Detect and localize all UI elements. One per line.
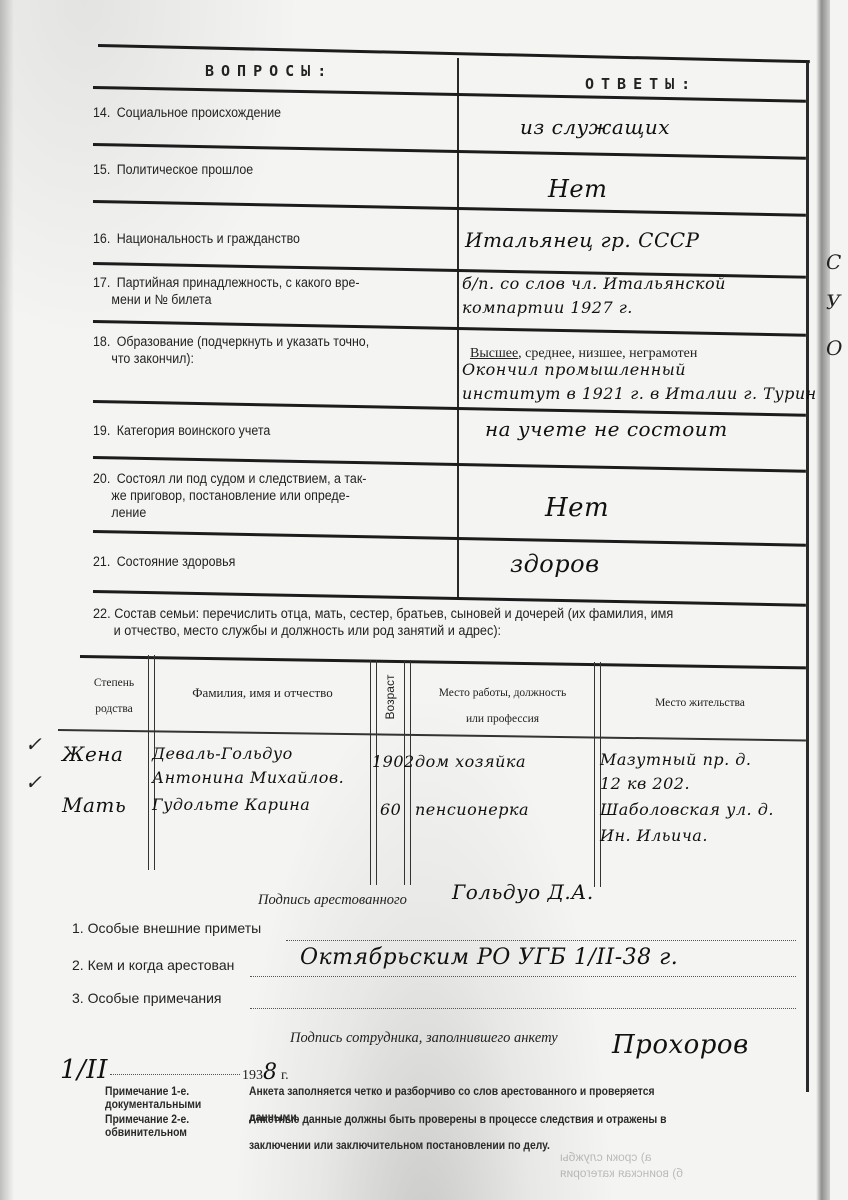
- col-header-age: Возраст: [383, 667, 397, 727]
- answer-17-line1: б/п. со слов чл. Итальянской: [462, 274, 726, 293]
- answer-19: на учете не состоит: [485, 417, 728, 441]
- question-21: 21. Состояние здоровья: [93, 553, 410, 570]
- extra-question-2: 2. Кем и когда арестован: [72, 957, 234, 973]
- officer-signature-label: Подпись сотрудника, заполнившего анкету: [290, 1030, 558, 1047]
- answer-16: Итальянец гр. СССР: [465, 228, 700, 252]
- margin-letter: У: [826, 290, 840, 314]
- answer-14: из служащих: [520, 115, 670, 139]
- page-right-edge: [816, 0, 830, 1200]
- family-row-1-name-2: Антонина Михайлов.: [152, 768, 344, 787]
- extra-question-3: 3. Особые примечания: [72, 990, 222, 1006]
- question-14: 14. Социальное происхождение: [93, 104, 410, 121]
- question-17: 17. Партийная принадлежность, с какого в…: [93, 274, 410, 308]
- col-header-work: Место работы, должность или профессия: [410, 680, 595, 732]
- officer-signature: Прохоров: [612, 1030, 749, 1060]
- family-row-2-work: пенсионерка: [415, 800, 529, 819]
- questions-header: ВОПРОСЫ:: [205, 62, 333, 80]
- bleed-through-text: а) сроки службы: [560, 1150, 651, 1164]
- top-border-line: [98, 44, 810, 63]
- question-19: 19. Категория воинского учета: [93, 422, 410, 439]
- family-row-1-relation: Жена: [62, 742, 123, 766]
- education-selected: Высшее: [470, 346, 518, 361]
- row-divider: [93, 200, 806, 217]
- question-15: 15. Политическое прошлое: [93, 161, 410, 178]
- scan-background: [0, 0, 848, 1200]
- answer-18-line1: Окончил промышленный: [462, 360, 686, 379]
- question-16: 16. Национальность и гражданство: [93, 230, 410, 247]
- question-18: 18. Образование (подчеркнуть и указать т…: [93, 333, 410, 367]
- row-divider: [93, 530, 806, 547]
- row-divider: [93, 143, 806, 160]
- col-header-name: Фамилия, имя и отчество: [155, 685, 370, 701]
- margin-letter: С: [826, 250, 841, 274]
- answer-21: здоров: [510, 550, 600, 578]
- date-day-month: 1/II: [60, 1055, 108, 1085]
- margin-letter: О: [826, 336, 842, 360]
- family-row-1-age: 1902: [372, 752, 415, 771]
- question-20: 20. Состоял ли под судом и следствием, а…: [93, 470, 410, 521]
- date-year: 1938 г.: [242, 1060, 289, 1085]
- extra-answer-2-line: [250, 976, 796, 977]
- family-col-divider: [370, 660, 377, 885]
- extra-answer-2: Октябрьским РО УГБ 1/II-38 г.: [300, 945, 678, 970]
- family-row-1-work: дом хозяйка: [415, 752, 526, 771]
- family-row-2-residence-2: Ин. Ильича.: [600, 826, 708, 845]
- answers-header: ОТВЕТЫ:: [585, 75, 697, 93]
- family-row-2-name: Гудольте Карина: [152, 795, 310, 814]
- answer-20: Нет: [545, 493, 609, 523]
- answer-18-line2: институт в 1921 г. в Италии г. Турин: [462, 384, 817, 403]
- page-left-edge: [0, 0, 14, 1200]
- right-border-line: [806, 62, 809, 1092]
- family-row-2-relation: Мать: [62, 793, 126, 817]
- header-underline: [93, 86, 806, 103]
- answer-17-line2: компартии 1927 г.: [462, 298, 633, 317]
- check-mark: ✓: [25, 770, 42, 794]
- bleed-through-text: б) воинская категория: [560, 1166, 683, 1180]
- answer-15: Нет: [548, 175, 607, 203]
- arrested-signature: Гольдуо Д.А.: [452, 880, 594, 904]
- date-line: [110, 1074, 240, 1075]
- arrested-signature-label: Подпись арестованного: [258, 892, 407, 909]
- family-row-2-residence-1: Шаболовская ул. д.: [600, 800, 774, 819]
- family-table-top: [80, 655, 806, 669]
- family-row-2-age: 60: [380, 800, 401, 819]
- extra-question-1: 1. Особые внешние приметы: [72, 920, 261, 936]
- family-row-1-residence-2: 12 кв 202.: [600, 774, 690, 793]
- extra-answer-1-line: [286, 940, 796, 941]
- family-row-1-name-1: Деваль-Гольдуо: [152, 744, 293, 763]
- family-row-1-residence-1: Мазутный пр. д.: [600, 750, 752, 769]
- note-2: Примечание 2-е.Анкетные данные должны бы…: [105, 1114, 735, 1153]
- extra-answer-3-line: [250, 1008, 796, 1009]
- col-header-relation: Степень родства: [80, 670, 148, 722]
- check-mark: ✓: [25, 732, 42, 756]
- col-header-residence: Место жительства: [600, 697, 800, 709]
- family-section-title: 22. Состав семьи: перечислить отца, мать…: [93, 605, 760, 639]
